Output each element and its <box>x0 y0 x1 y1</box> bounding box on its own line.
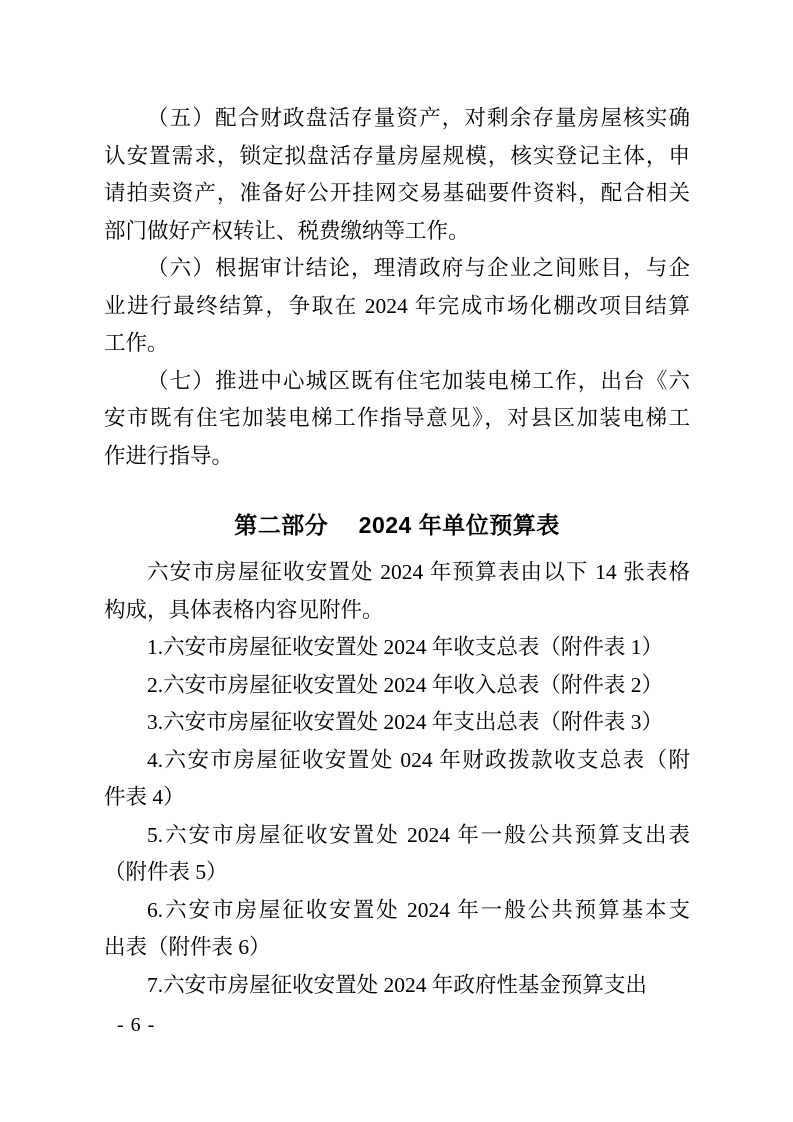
page-footer: - 6 - <box>117 1012 155 1038</box>
paragraph-line: 工作。 <box>104 325 690 363</box>
list-item-line: 出表（附件表 6） <box>104 929 690 967</box>
paragraph-line: （五）配合财政盘活存量资产，对剩余存量房屋核实确 <box>104 100 690 138</box>
section-heading-text: 第二部分 2024 年单位预算表 <box>104 501 690 549</box>
paragraph-line: 请拍卖资产，准备好公开挂网交易基础要件资料，配合相关 <box>104 175 690 213</box>
list-item-line: 1.六安市房屋征收安置处 2024 年收支总表（附件表 1） <box>104 629 690 667</box>
list-item-line: 2.六安市房屋征收安置处 2024 年收入总表（附件表 2） <box>104 667 690 705</box>
paragraph-item-7: （七）推进中心城区既有住宅加装电梯工作，出台《六安市既有住宅加装电梯工作指导意见… <box>104 363 690 476</box>
paragraph-line: 作进行指导。 <box>104 438 690 476</box>
list-item-1: 1.六安市房屋征收安置处 2024 年收支总表（附件表 1） <box>104 629 690 667</box>
paragraph-line: 认安置需求，锁定拟盘活存量房屋规模，核实登记主体，申 <box>104 138 690 176</box>
page-number: - 6 - <box>117 1014 155 1036</box>
list-item-line: 4.六安市房屋征收安置处 024 年财政拨款收支总表（附 <box>104 742 690 780</box>
paragraph-line: 安市既有住宅加装电梯工作指导意见》，对县区加装电梯工 <box>104 400 690 438</box>
list-item-2: 2.六安市房屋征收安置处 2024 年收入总表（附件表 2） <box>104 667 690 705</box>
list-item-4: 4.六安市房屋征收安置处 024 年财政拨款收支总表（附件表 4） <box>104 742 690 817</box>
paragraph-item-5: （五）配合财政盘活存量资产，对剩余存量房屋核实确认安置需求，锁定拟盘活存量房屋规… <box>104 100 690 250</box>
list-item-line: 7.六安市房屋征收安置处 2024 年政府性基金预算支出 <box>104 967 690 1005</box>
list-item-line: 件表 4） <box>104 779 690 817</box>
list-item-line: （附件表 5） <box>104 854 690 892</box>
paragraph-line: 业进行最终结算，争取在 2024 年完成市场化棚改项目结算 <box>104 288 690 326</box>
list-item-5: 5.六安市房屋征收安置处 2024 年一般公共预算支出表（附件表 5） <box>104 817 690 892</box>
document-page: （五）配合财政盘活存量资产，对剩余存量房屋核实确认安置需求，锁定拟盘活存量房屋规… <box>0 0 793 1122</box>
intro-paragraph: 六安市房屋征收安置处 2024 年预算表由以下 14 张表格构成，具体表格内容见… <box>104 554 690 629</box>
list-item-line: 3.六安市房屋征收安置处 2024 年支出总表（附件表 3） <box>104 704 690 742</box>
section-heading-part-2: 第二部分 2024 年单位预算表 <box>104 501 690 549</box>
list-item-6: 6.六安市房屋征收安置处 2024 年一般公共预算基本支出表（附件表 6） <box>104 892 690 967</box>
list-item-3: 3.六安市房屋征收安置处 2024 年支出总表（附件表 3） <box>104 704 690 742</box>
paragraph-line: 部门做好产权转让、税费缴纳等工作。 <box>104 213 690 251</box>
paragraph-item-6: （六）根据审计结论，理清政府与企业之间账目，与企业进行最终结算，争取在 2024… <box>104 250 690 363</box>
paragraph-line: 六安市房屋征收安置处 2024 年预算表由以下 14 张表格 <box>104 554 690 592</box>
paragraph-line: （七）推进中心城区既有住宅加装电梯工作，出台《六 <box>104 363 690 401</box>
list-item-line: 5.六安市房屋征收安置处 2024 年一般公共预算支出表 <box>104 817 690 855</box>
paragraph-line: 构成，具体表格内容见附件。 <box>104 592 690 630</box>
list-item-line: 6.六安市房屋征收安置处 2024 年一般公共预算基本支 <box>104 892 690 930</box>
list-item-7: 7.六安市房屋征收安置处 2024 年政府性基金预算支出 <box>104 967 690 1005</box>
document-body: （五）配合财政盘活存量资产，对剩余存量房屋核实确认安置需求，锁定拟盘活存量房屋规… <box>104 100 690 1004</box>
paragraph-line: （六）根据审计结论，理清政府与企业之间账目，与企 <box>104 250 690 288</box>
